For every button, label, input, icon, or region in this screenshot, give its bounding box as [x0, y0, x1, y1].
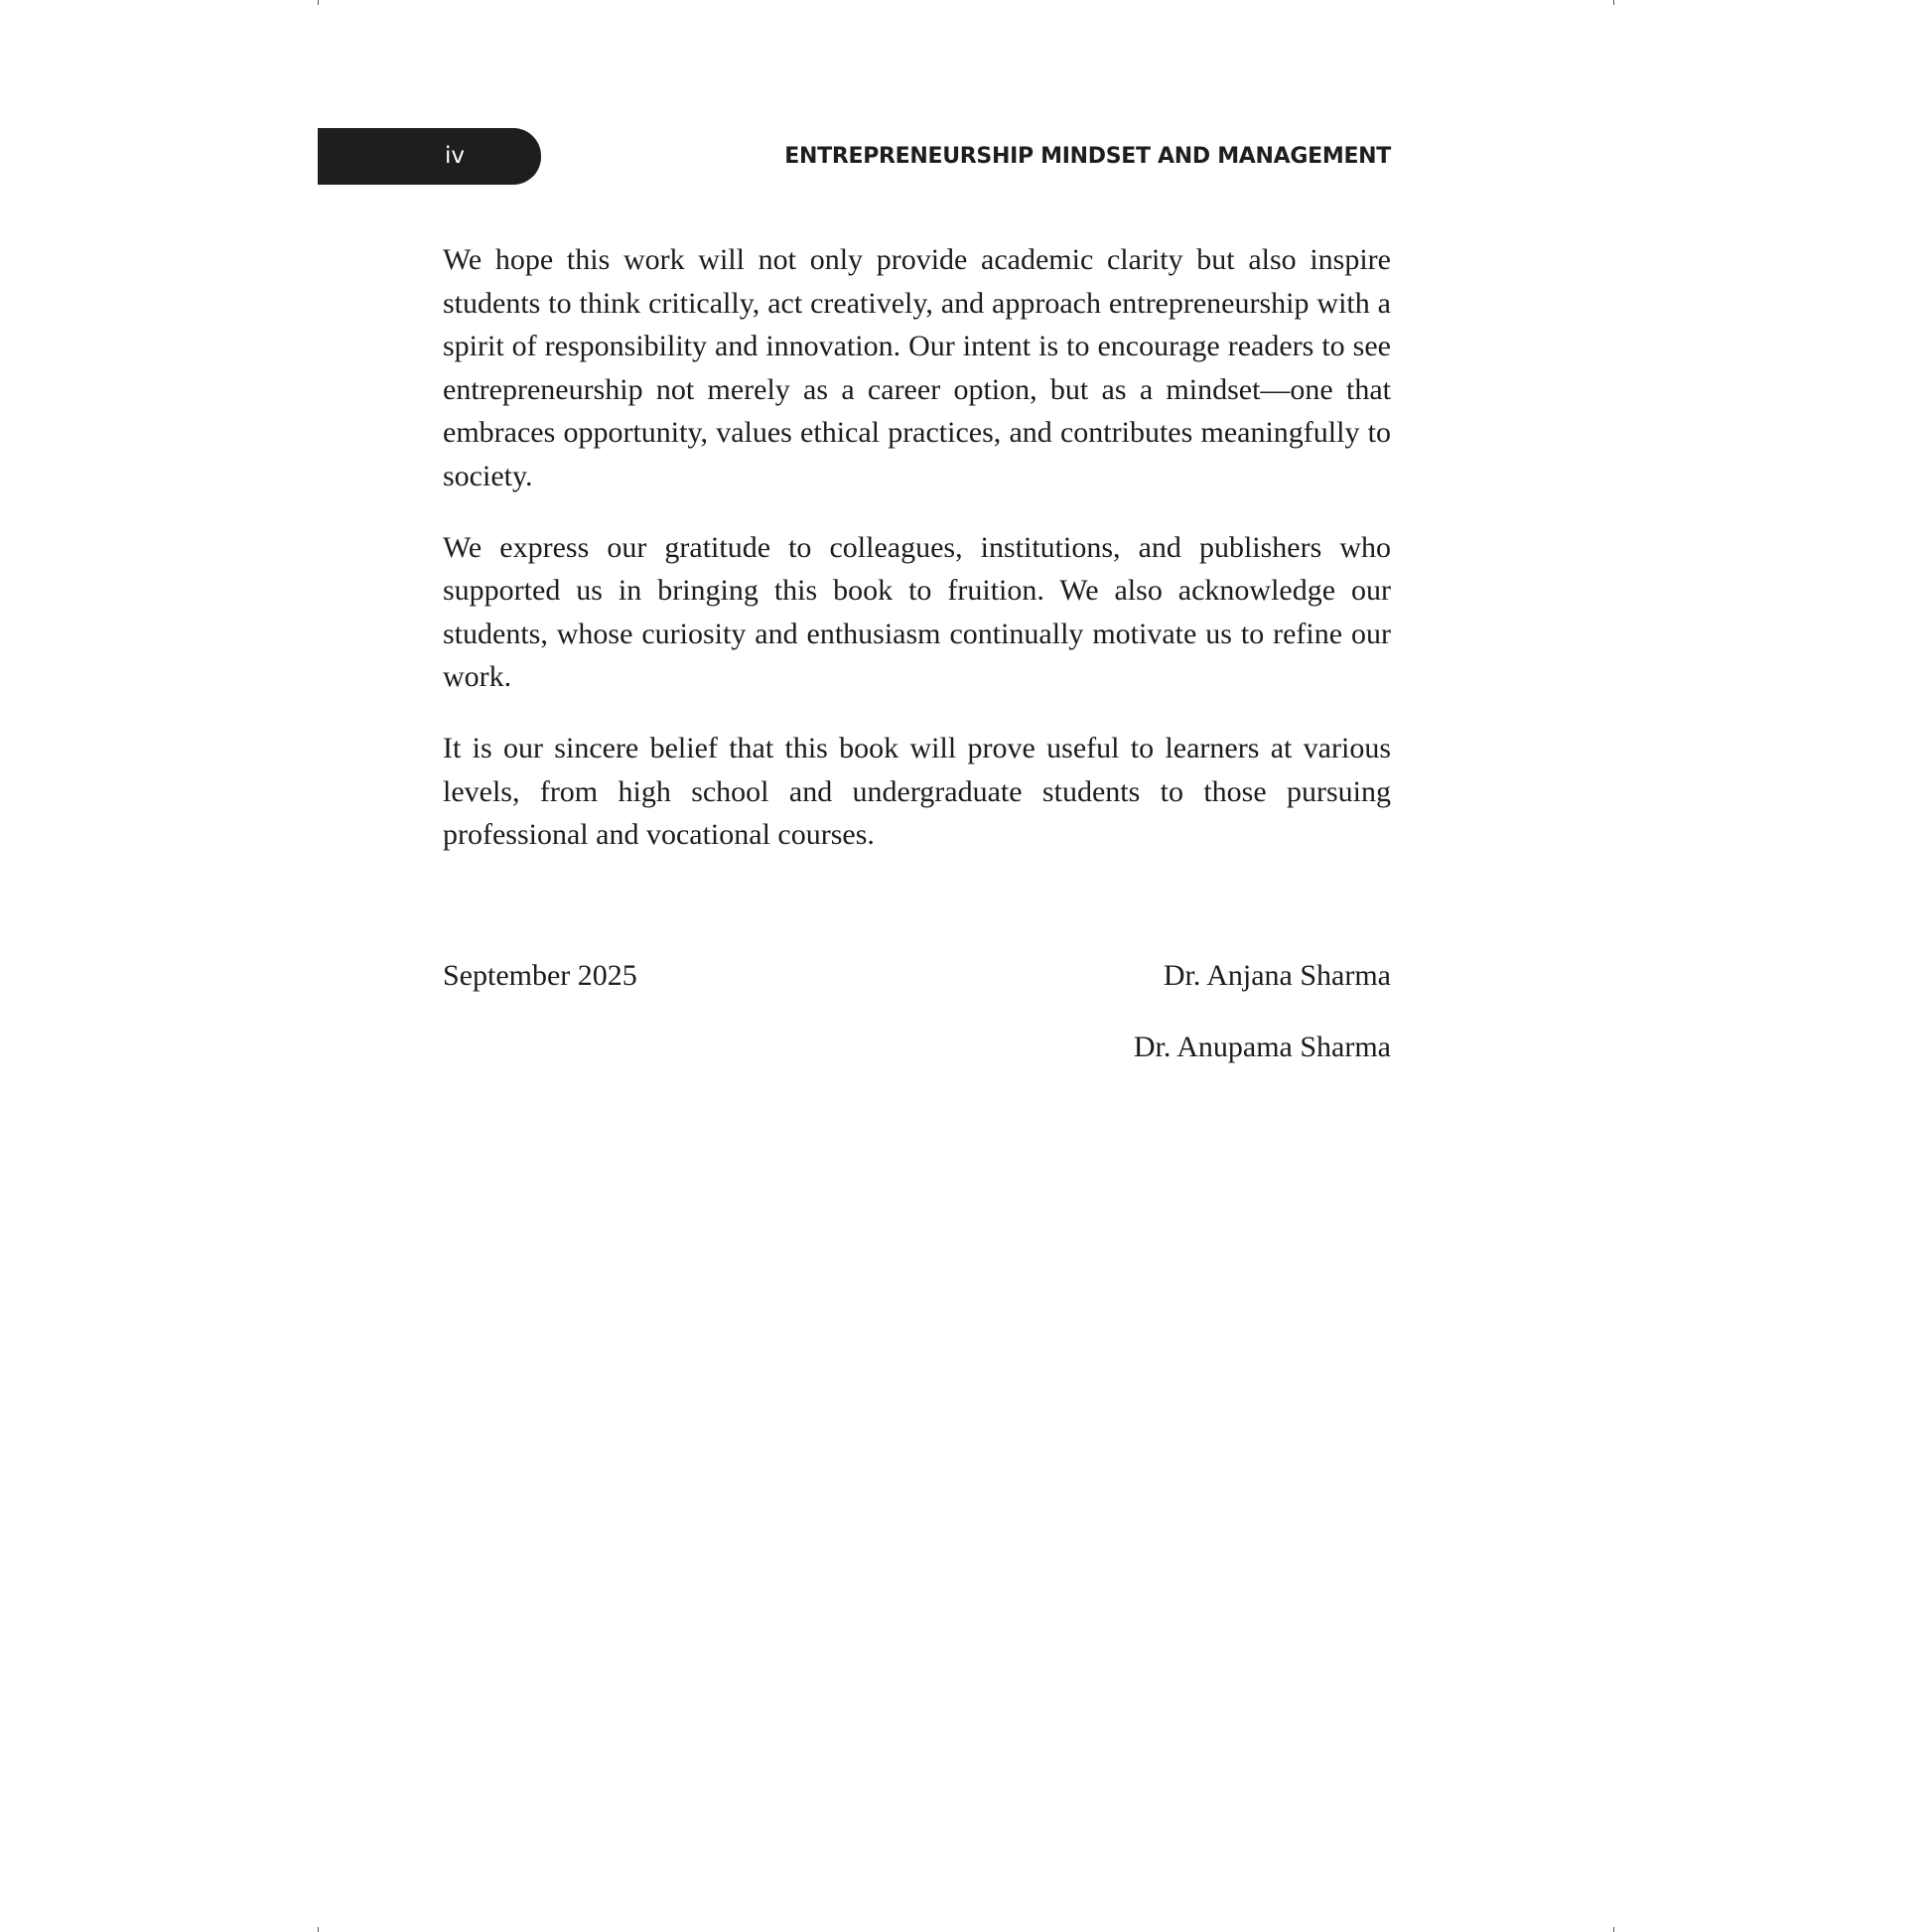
crop-mark-top-right — [1613, 0, 1614, 5]
page-number: iv — [445, 128, 465, 185]
book-title: ENTREPRENEURSHIP MINDSET AND MANAGEMENT — [784, 128, 1391, 185]
author-name: Dr. Anupama Sharma — [1134, 1028, 1391, 1067]
paragraph: We express our gratitude to colleagues, … — [443, 526, 1391, 699]
running-header: iv ENTREPRENEURSHIP MINDSET AND MANAGEME… — [318, 128, 1391, 185]
date: September 2025 — [443, 956, 637, 996]
page-number-tab: iv — [318, 128, 541, 185]
crop-mark-top-left — [318, 0, 319, 5]
crop-mark-bottom-left — [318, 1927, 319, 1932]
paragraph: We hope this work will not only provide … — [443, 238, 1391, 498]
crop-mark-bottom-right — [1613, 1927, 1614, 1932]
paragraph: It is our sincere belief that this book … — [443, 727, 1391, 857]
signature-block: September 2025 Dr. Anjana Sharma Dr. Anu… — [443, 956, 1391, 1067]
author-name: Dr. Anjana Sharma — [1164, 956, 1391, 996]
signature-row: Dr. Anupama Sharma — [443, 1028, 1391, 1067]
signature-row: September 2025 Dr. Anjana Sharma — [443, 956, 1391, 996]
preface-body: We hope this work will not only provide … — [443, 238, 1391, 885]
